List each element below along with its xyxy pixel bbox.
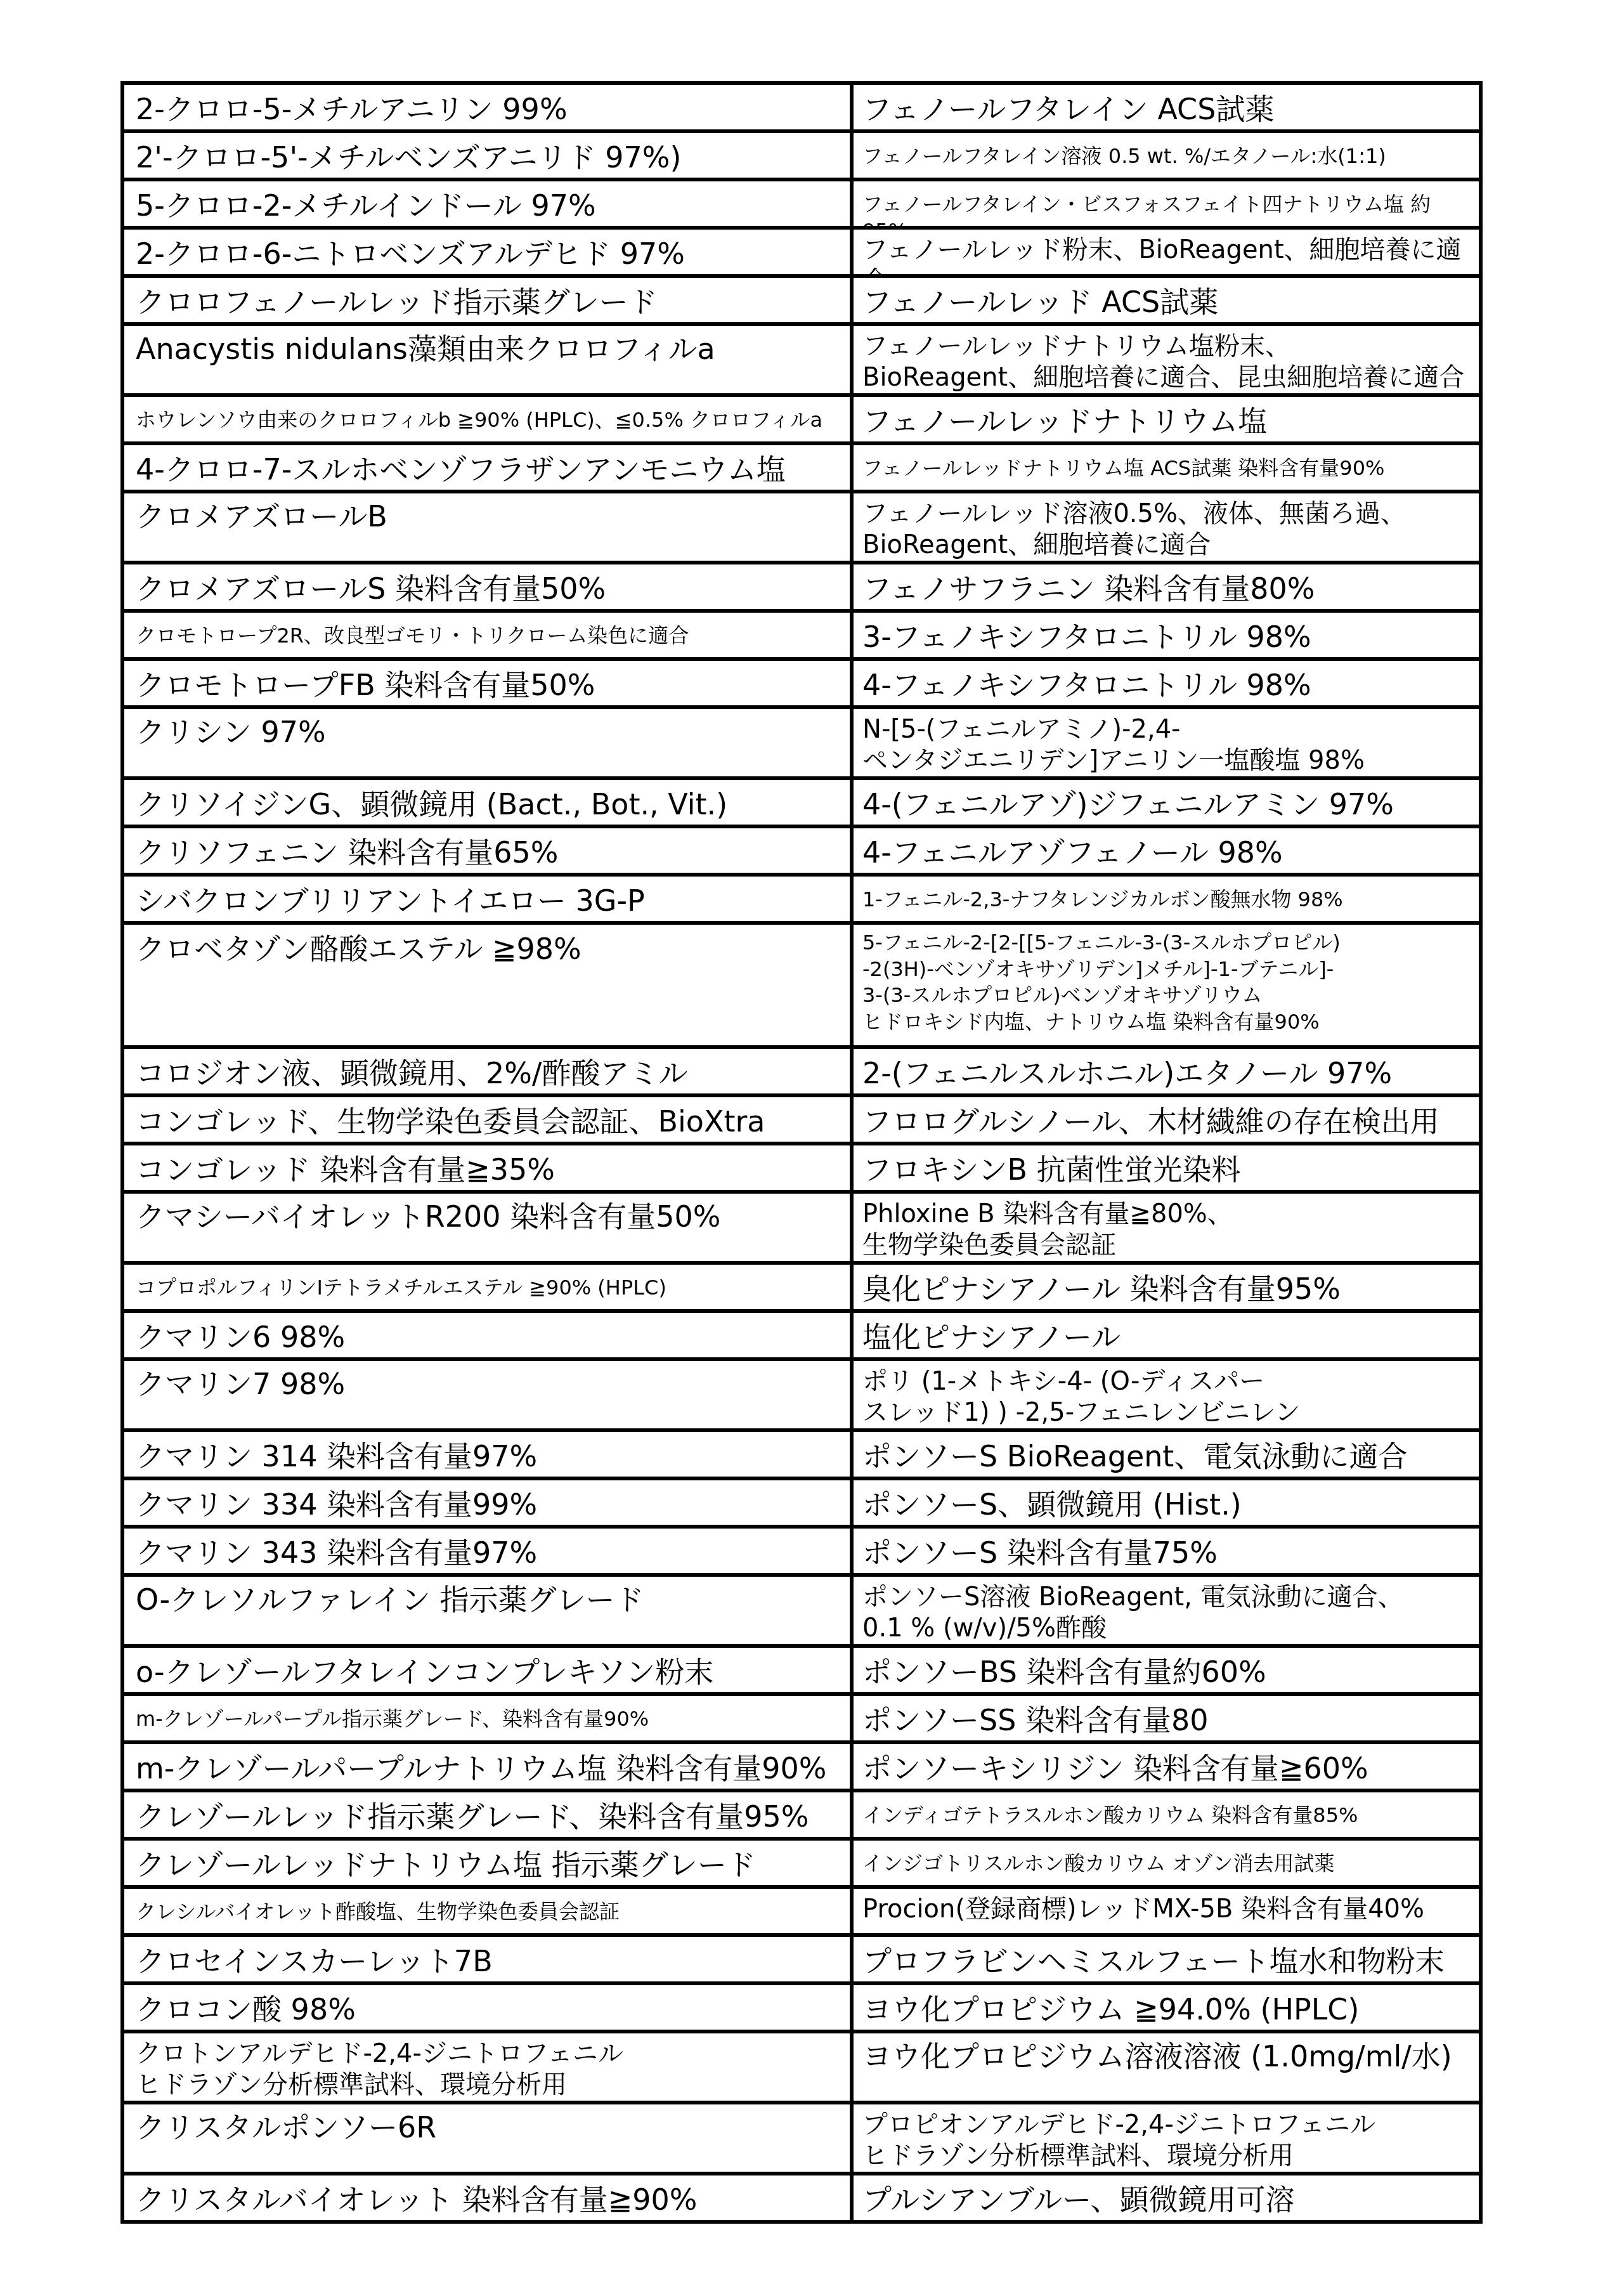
table-row: クレシルバイオレット酢酸塩、生物学染色委員会認証Procion(登録商標)レッド… (124, 1885, 1479, 1933)
product-cell-left: 5-クロロ-2-メチルインドール 97% (124, 181, 854, 226)
table-row: シバクロンブリリアントイエロー 3G-P1-フェニル-2,3-ナフタレンジカルボ… (124, 873, 1479, 921)
product-cell-left: クロメアズロールS 染料含有量50% (124, 564, 854, 609)
table-row: コロジオン液、顕微鏡用、2%/酢酸アミル2-(フェニルスルホニル)エタノール 9… (124, 1045, 1479, 1093)
table-row: クリスタルポンソー6Rプロピオンアルデヒド-2,4-ジニトロフェニル ヒドラゾン… (124, 2101, 1479, 2172)
product-cell-right: フェノールフタレイン溶液 0.5 wt. %/エタノール:水(1:1) (854, 133, 1479, 178)
table-row: コンゴレッド、生物学染色委員会認証、BioXtraフロログルシノール、木材繊維の… (124, 1093, 1479, 1142)
table-row: クロトンアルデヒド-2,4-ジニトロフェニル ヒドラゾン分析標準試料、環境分析用… (124, 2030, 1479, 2101)
product-cell-right: フロキシンB 抗菌性蛍光染料 (854, 1145, 1479, 1190)
product-cell-left: クリシン 97% (124, 709, 854, 776)
table-row: クロベタゾン酪酸エステル ≧98%5-フェニル-2-[2-[[5-フェニル-3-… (124, 921, 1479, 1045)
product-cell-left: クロモトロープ2R、改良型ゴモリ・トリクローム染色に適合 (124, 613, 854, 657)
product-cell-left: クロモトロープFB 染料含有量50% (124, 661, 854, 705)
product-cell-right: 4-フェノキシフタロニトリル 98% (854, 661, 1479, 705)
product-cell-right: ポンソーSS 染料含有量80 (854, 1696, 1479, 1740)
product-cell-right: ポンソーS 染料含有量75% (854, 1529, 1479, 1573)
product-cell-right: ポンソーS溶液 BioReagent, 電気泳動に適合、 0.1 % (w/v)… (854, 1577, 1479, 1644)
table-row: クリシン 97%N-[5-(フェニルアミノ)-2,4- ペンタジエニリデン]アニ… (124, 705, 1479, 776)
product-cell-left: 4-クロロ-7-スルホベンゾフラザンアンモニウム塩 (124, 445, 854, 490)
product-cell-left: クロコン酸 98% (124, 1985, 854, 2030)
product-cell-right: 4-(フェニルアゾ)ジフェニルアミン 97% (854, 780, 1479, 825)
table-row: クマリン 343 染料含有量97%ポンソーS 染料含有量75% (124, 1525, 1479, 1573)
product-cell-right: フロログルシノール、木材繊維の存在検出用 (854, 1097, 1479, 1142)
product-cell-right: フェノールレッドナトリウム塩 ACS試薬 染料含有量90% (854, 445, 1479, 490)
table-row: クロコン酸 98%ヨウ化プロピジウム ≧94.0% (HPLC) (124, 1981, 1479, 2030)
table-row: 2-クロロ-5-メチルアニリン 99%フェノールフタレイン ACS試薬 (124, 85, 1479, 129)
table-row: 5-クロロ-2-メチルインドール 97%フェノールフタレイン・ビスフォスフェイト… (124, 178, 1479, 226)
product-cell-left: シバクロンブリリアントイエロー 3G-P (124, 877, 854, 921)
product-cell-left: m-クレゾールパープル指示薬グレード、染料含有量90% (124, 1696, 854, 1740)
product-cell-left: クマリン 314 染料含有量97% (124, 1432, 854, 1477)
product-cell-right: ポンソーBS 染料含有量約60% (854, 1648, 1479, 1692)
table-row: ホウレンソウ由来のクロロフィルb ≧90% (HPLC)、≦0.5% クロロフィ… (124, 393, 1479, 441)
product-cell-left: ホウレンソウ由来のクロロフィルb ≧90% (HPLC)、≦0.5% クロロフィ… (124, 397, 854, 441)
product-cell-right: フェノールレッドナトリウム塩 (854, 397, 1479, 441)
table-row: クリソイジンG、顕微鏡用 (Bact., Bot., Vit.)4-(フェニルア… (124, 776, 1479, 825)
product-cell-right: 塩化ピナシアノール (854, 1313, 1479, 1357)
product-cell-right: ポンソーS BioReagent、電気泳動に適合 (854, 1432, 1479, 1477)
product-cell-right: フェノールレッド ACS試薬 (854, 278, 1479, 322)
product-cell-left: o-クレゾールフタレインコンプレキソン粉末 (124, 1648, 854, 1692)
table-row: クレゾールレッドナトリウム塩 指示薬グレードインジゴトリスルホン酸カリウム オゾ… (124, 1837, 1479, 1885)
product-cell-left: コロジオン液、顕微鏡用、2%/酢酸アミル (124, 1049, 854, 1093)
product-cell-right: 3-フェノキシフタロニトリル 98% (854, 613, 1479, 657)
table-row: クロモトロープ2R、改良型ゴモリ・トリクローム染色に適合3-フェノキシフタロニト… (124, 609, 1479, 657)
product-cell-right: N-[5-(フェニルアミノ)-2,4- ペンタジエニリデン]アニリン一塩酸塩 9… (854, 709, 1479, 776)
product-cell-right: 臭化ピナシアノール 染料含有量95% (854, 1265, 1479, 1309)
product-cell-right: プロフラビンヘミスルフェート塩水和物粉末 (854, 1937, 1479, 1981)
product-cell-right: フェノールフタレイン・ビスフォスフェイト四ナトリウム塩 約95% (854, 181, 1479, 226)
product-cell-right: ポンソーキシリジン 染料含有量≧60% (854, 1744, 1479, 1789)
product-cell-right: Phloxine B 染料含有量≧80%、 生物学染色委員会認証 (854, 1194, 1479, 1261)
table-row: クマリン 314 染料含有量97%ポンソーS BioReagent、電気泳動に適… (124, 1428, 1479, 1477)
table-row: クロセインスカーレット7Bプロフラビンヘミスルフェート塩水和物粉末 (124, 1933, 1479, 1981)
product-cell-right: ポリ (1-メトキシ-4- (O-ディスパー スレッド1) ) -2,5-フェニ… (854, 1361, 1479, 1428)
product-cell-left: クレゾールレッド指示薬グレード、染料含有量95% (124, 1792, 854, 1837)
product-cell-left: クレゾールレッドナトリウム塩 指示薬グレード (124, 1841, 854, 1885)
table-row: クロメアズロールBフェノールレッド溶液0.5%、液体、無菌ろ過、 BioReag… (124, 490, 1479, 561)
product-cell-left: 2-クロロ-5-メチルアニリン 99% (124, 85, 854, 129)
product-cell-right: Procion(登録商標)レッドMX-5B 染料含有量40% (854, 1889, 1479, 1933)
product-cell-left: コンゴレッド 染料含有量≧35% (124, 1145, 854, 1190)
table-row: クリスタルバイオレット 染料含有量≧90%プルシアンブルー、顕微鏡用可溶 (124, 2172, 1479, 2220)
table-row: クロモトロープFB 染料含有量50%4-フェノキシフタロニトリル 98% (124, 657, 1479, 705)
table-row: クマリン6 98%塩化ピナシアノール (124, 1309, 1479, 1357)
table-row: m-クレゾールパープル指示薬グレード、染料含有量90%ポンソーSS 染料含有量8… (124, 1692, 1479, 1740)
product-cell-left: クマシーバイオレットR200 染料含有量50% (124, 1194, 854, 1261)
product-cell-left: クリスタルポンソー6R (124, 2104, 854, 2172)
product-cell-left: クマリン7 98% (124, 1361, 854, 1428)
product-cell-right: プロピオンアルデヒド-2,4-ジニトロフェニル ヒドラゾン分析標準試料、環境分析… (854, 2104, 1479, 2172)
product-cell-left: コプロポルフィリンIテトラメチルエステル ≧90% (HPLC) (124, 1265, 854, 1309)
product-cell-right: フェノールフタレイン ACS試薬 (854, 85, 1479, 129)
table-row: m-クレゾールパープルナトリウム塩 染料含有量90%ポンソーキシリジン 染料含有… (124, 1740, 1479, 1789)
product-cell-left: クマリン 343 染料含有量97% (124, 1529, 854, 1573)
product-cell-left: クリソフェニン 染料含有量65% (124, 828, 854, 873)
product-cell-left: クレシルバイオレット酢酸塩、生物学染色委員会認証 (124, 1889, 854, 1933)
table-row: クレゾールレッド指示薬グレード、染料含有量95%インディゴテトラスルホン酸カリウ… (124, 1789, 1479, 1837)
table-row: Anacystis nidulans藻類由来クロロフィルaフェノールレッドナトリ… (124, 322, 1479, 393)
table-row: コンゴレッド 染料含有量≧35%フロキシンB 抗菌性蛍光染料 (124, 1142, 1479, 1190)
table-row: クマリン7 98%ポリ (1-メトキシ-4- (O-ディスパー スレッド1) )… (124, 1357, 1479, 1428)
product-cell-right: フェノールレッド溶液0.5%、液体、無菌ろ過、 BioReagent、細胞培養に… (854, 493, 1479, 561)
table-row: クロロフェノールレッド指示薬グレードフェノールレッド ACS試薬 (124, 274, 1479, 322)
product-cell-left: クロロフェノールレッド指示薬グレード (124, 278, 854, 322)
product-cell-right: インディゴテトラスルホン酸カリウム 染料含有量85% (854, 1792, 1479, 1837)
product-cell-left: クロベタゾン酪酸エステル ≧98% (124, 925, 854, 1045)
product-cell-left: Anacystis nidulans藻類由来クロロフィルa (124, 326, 854, 393)
table-row: O-クレソルファレイン 指示薬グレードポンソーS溶液 BioReagent, 電… (124, 1573, 1479, 1644)
table-row: 2-クロロ-6-ニトロベンズアルデヒド 97%フェノールレッド粉末、BioRea… (124, 226, 1479, 274)
table-row: 2'-クロロ-5'-メチルベンズアニリド 97%)フェノールフタレイン溶液 0.… (124, 129, 1479, 178)
product-cell-right: 2-(フェニルスルホニル)エタノール 97% (854, 1049, 1479, 1093)
table-row: クマシーバイオレットR200 染料含有量50%Phloxine B 染料含有量≧… (124, 1190, 1479, 1261)
product-cell-right: ヨウ化プロピジウム溶液溶液 (1.0mg/ml/水) (854, 2033, 1479, 2101)
table-row: クリソフェニン 染料含有量65%4-フェニルアゾフェノール 98% (124, 825, 1479, 873)
product-cell-right: 1-フェニル-2,3-ナフタレンジカルボン酸無水物 98% (854, 877, 1479, 921)
product-cell-left: クリスタルバイオレット 染料含有量≧90% (124, 2175, 854, 2220)
product-cell-left: O-クレソルファレイン 指示薬グレード (124, 1577, 854, 1644)
reagent-table: 2-クロロ-5-メチルアニリン 99%フェノールフタレイン ACS試薬2'-クロ… (120, 81, 1483, 2224)
product-cell-right: フェノールレッド粉末、BioReagent、細胞培養に適合 (854, 230, 1479, 274)
table-row: クロメアズロールS 染料含有量50%フェノサフラニン 染料含有量80% (124, 561, 1479, 609)
product-cell-left: クリソイジンG、顕微鏡用 (Bact., Bot., Vit.) (124, 780, 854, 825)
product-cell-left: 2-クロロ-6-ニトロベンズアルデヒド 97% (124, 230, 854, 274)
product-cell-left: クマリン 334 染料含有量99% (124, 1480, 854, 1525)
product-cell-right: フェノールレッドナトリウム塩粉末、 BioReagent、細胞培養に適合、昆虫細… (854, 326, 1479, 393)
product-cell-right: フェノサフラニン 染料含有量80% (854, 564, 1479, 609)
product-cell-right: ポンソーS、顕微鏡用 (Hist.) (854, 1480, 1479, 1525)
product-cell-right: 5-フェニル-2-[2-[[5-フェニル-3-(3-スルホプロピル) -2(3H… (854, 925, 1479, 1045)
table-row: クマリン 334 染料含有量99%ポンソーS、顕微鏡用 (Hist.) (124, 1477, 1479, 1525)
product-cell-left: クロトンアルデヒド-2,4-ジニトロフェニル ヒドラゾン分析標準試料、環境分析用 (124, 2033, 854, 2101)
product-cell-right: 4-フェニルアゾフェノール 98% (854, 828, 1479, 873)
product-cell-left: コンゴレッド、生物学染色委員会認証、BioXtra (124, 1097, 854, 1142)
product-cell-right: プルシアンブルー、顕微鏡用可溶 (854, 2175, 1479, 2220)
product-cell-left: クマリン6 98% (124, 1313, 854, 1357)
product-cell-left: クロメアズロールB (124, 493, 854, 561)
product-cell-left: クロセインスカーレット7B (124, 1937, 854, 1981)
table-row: コプロポルフィリンIテトラメチルエステル ≧90% (HPLC)臭化ピナシアノー… (124, 1261, 1479, 1309)
table-row: o-クレゾールフタレインコンプレキソン粉末ポンソーBS 染料含有量約60% (124, 1644, 1479, 1692)
product-cell-right: ヨウ化プロピジウム ≧94.0% (HPLC) (854, 1985, 1479, 2030)
product-cell-left: 2'-クロロ-5'-メチルベンズアニリド 97%) (124, 133, 854, 178)
product-cell-right: インジゴトリスルホン酸カリウム オゾン消去用試薬 (854, 1841, 1479, 1885)
table-row: 4-クロロ-7-スルホベンゾフラザンアンモニウム塩フェノールレッドナトリウム塩 … (124, 441, 1479, 490)
product-cell-left: m-クレゾールパープルナトリウム塩 染料含有量90% (124, 1744, 854, 1789)
